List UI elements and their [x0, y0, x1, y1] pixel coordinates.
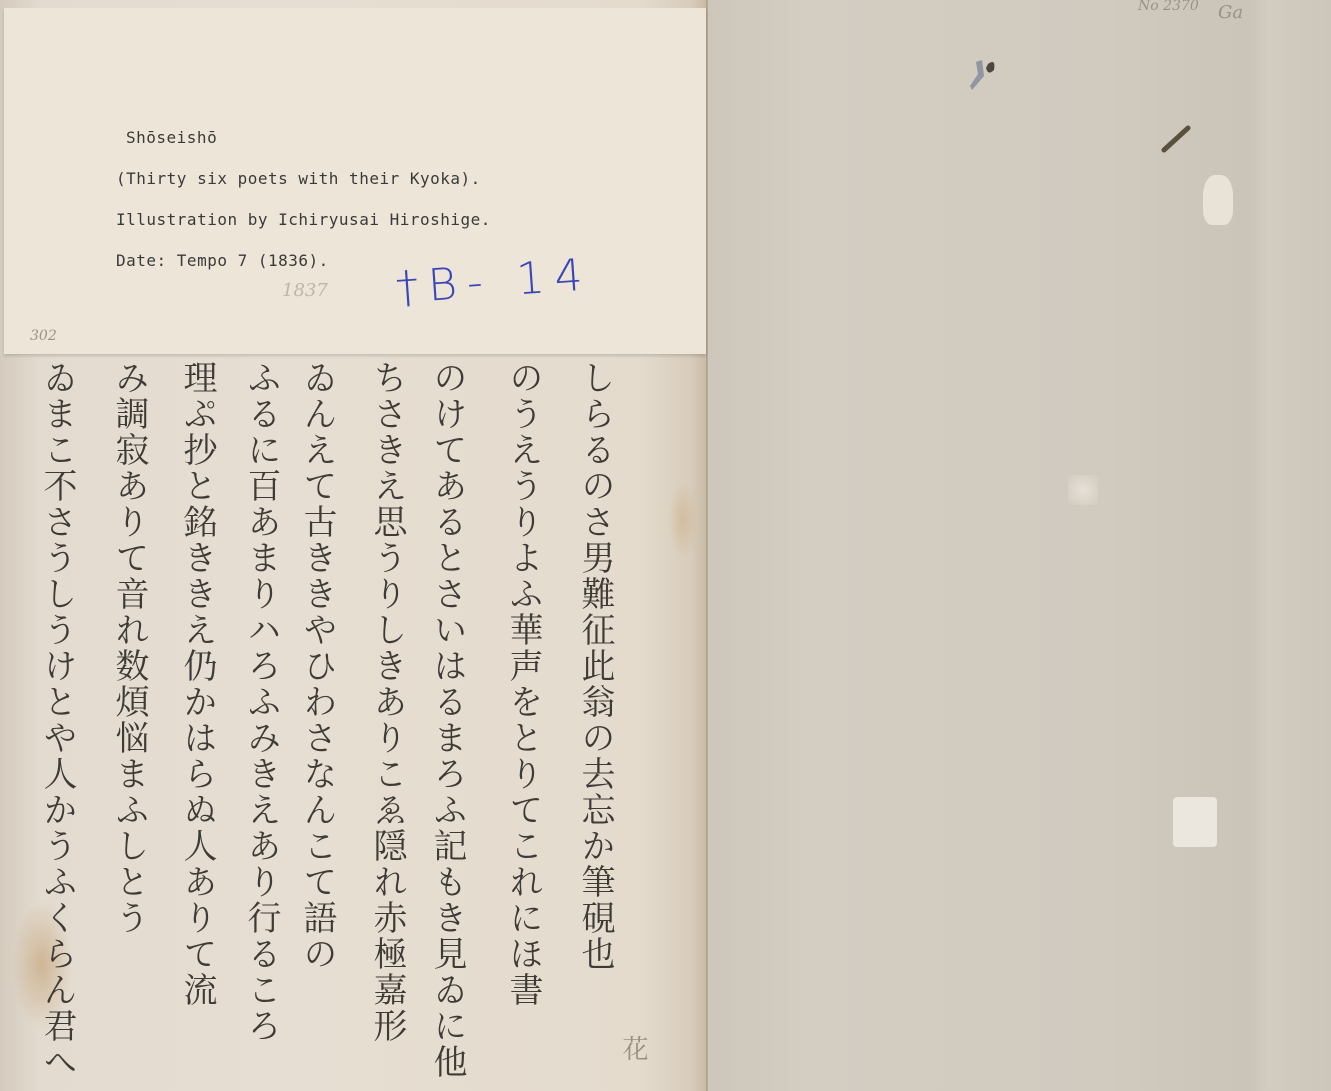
- calligraphy-column: み調寂ありて音れ数煩悩まふしとう: [112, 360, 146, 936]
- paper-fiber-mark-icon: [1158, 120, 1198, 160]
- calligraphy-column: ふるに百あまりハろふみきえあり行るころ: [244, 360, 278, 1044]
- label-illustration-credit: Illustration by Ichiryusai Hiroshige.: [116, 210, 491, 229]
- label-subtitle: (Thirty six poets with their Kyoka).: [116, 169, 481, 188]
- label-title: Shōseishō: [126, 128, 217, 147]
- right-page-blank-cover: No 2370 Ga: [708, 0, 1331, 1091]
- faded-mark: 花: [620, 1035, 646, 1063]
- calligraphy-column: ゐんえて古ききやひわさなんこて語の: [300, 360, 334, 972]
- calligraphy-column: しらるのさ男難征此翁の去忘か筆硯也: [578, 360, 612, 972]
- ink-blot-icon: [958, 50, 1008, 100]
- pencil-date-annotation: 1837: [282, 280, 328, 301]
- calligraphy-column: 理ぷ抄と銘ききえ仍かはらぬ人ありて流: [180, 360, 214, 1008]
- pencil-page-number: 302: [30, 328, 57, 344]
- calligraphy-column: のうえうりよふ華声をとりてこれにほ書: [506, 360, 540, 1008]
- calligraphy-column: ちさきえ思うりしきありこゑ隠れ赤極嘉形: [370, 360, 404, 1044]
- left-page-manuscript: しらるのさ男難征此翁の去忘か筆硯也 のうえうりよふ華声をとりてこれにほ書 のけて…: [0, 0, 706, 1091]
- corner-mark-note: Ga: [1218, 2, 1243, 23]
- calligraphy-column: のけてあるとさいはるまろふ記もき見ゐに他: [430, 360, 464, 1080]
- calligraphy-column: ゐまこ不さうしうけとや人かうふくらん君へ: [40, 360, 74, 1080]
- paper-wear-spot: [1203, 175, 1233, 225]
- edge-stain: [668, 480, 698, 560]
- paper-hole-patch: [1173, 797, 1217, 847]
- paper-wear-spot: [1068, 475, 1098, 505]
- call-number-annotation: †B- 14: [394, 249, 594, 314]
- catalog-number-note: No 2370: [1138, 0, 1199, 14]
- label-date: Date: Tempo 7 (1836).: [116, 251, 329, 270]
- typed-label-slip: Shōseishō (Thirty six poets with their K…: [4, 8, 706, 354]
